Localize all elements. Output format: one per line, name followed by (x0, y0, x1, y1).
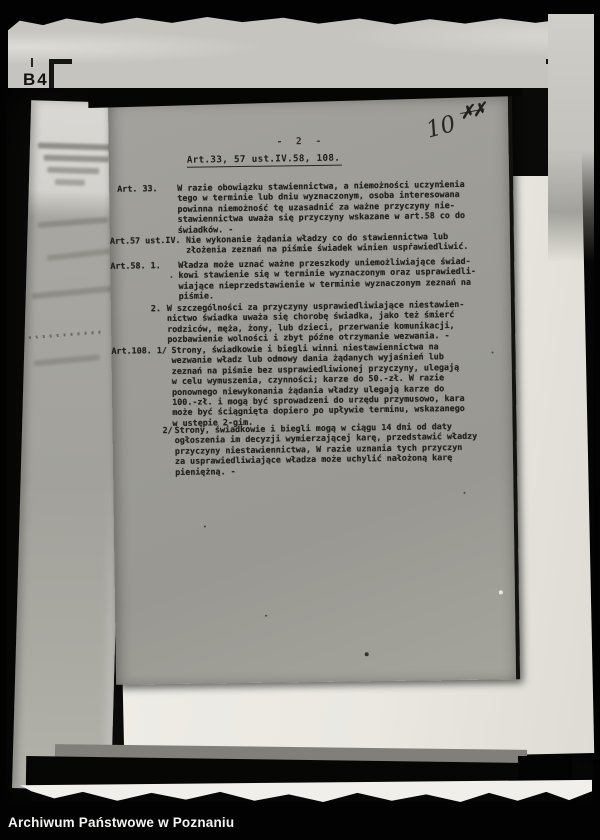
article-label: Art.58. 1. (110, 260, 161, 271)
bleed-through-smudge (47, 167, 99, 174)
article-label: 2/ (163, 425, 173, 436)
film-header-strip: B4 (8, 14, 594, 88)
article-body: Władza może uznać ważne przeszkody uniem… (178, 255, 511, 301)
article-entry: Art. 33. W razie obowiązku stawiennictwa… (109, 178, 510, 236)
article-label: 2. (151, 303, 161, 314)
bleed-through-smudge (38, 217, 108, 228)
registration-mark-left (49, 59, 72, 93)
page-heading: Art.33, 57 ust.IV.58, 108. (187, 153, 342, 168)
bleed-through-dots (29, 330, 103, 339)
bleed-through-smudge (44, 155, 110, 163)
page-edge-shadow (511, 84, 548, 176)
article-body: W szczególności za przyczyny usprawiedli… (167, 298, 512, 344)
article-entry: Art.108. 1/ Strony, świadkowie i biegli … (111, 340, 512, 429)
article-label: Art. 33. (117, 183, 157, 194)
archive-credit-text: Archiwum Państwowe w Poznaniu (8, 815, 234, 830)
bleed-through-smudge (34, 354, 100, 366)
article-body: W razie obowiązku stawiennictwa, a niemo… (177, 178, 510, 235)
bottom-dark-patch (518, 756, 572, 782)
article-body: Strony, świadkowie i biegli mogą w ciągu… (175, 420, 514, 477)
bleed-through-smudge (47, 248, 111, 261)
film-frame-label: B4 (23, 70, 49, 90)
article-body: Nie wykonanie żądania władzy co do stawi… (186, 230, 510, 255)
archival-scan-view: - 2 - 10 ✗✗ Art.33, 57 ust.IV.58, 108. A… (0, 0, 600, 840)
article-body: Strony, świadkowie i biegli winni niesta… (171, 340, 512, 428)
bleed-through-smudge (32, 286, 112, 300)
page-number: - 2 - (276, 136, 325, 148)
handwritten-number: 10 (424, 111, 459, 144)
film-tick-mark (31, 58, 33, 67)
article-entry: 2. W szczególności za przyczyny usprawie… (111, 298, 512, 345)
article-entry: 2/ Strony, świadkowie i biegli mogą w ci… (113, 420, 514, 478)
bleed-through-smudge (55, 179, 85, 186)
article-entry: Art.58. 1. Władza może uznać ważne przes… (110, 255, 511, 302)
handwritten-marks: ✗✗ (459, 100, 487, 124)
typed-document-page: - 2 - 10 ✗✗ Art.33, 57 ust.IV.58, 108. A… (108, 91, 520, 685)
bleed-through-smudge (38, 142, 116, 150)
article-label: Art.57 ust.IV. (110, 235, 181, 246)
article-label: Art.108. 1/ (111, 345, 167, 356)
article-entry: Art.57 ust.IV. Nie wykonanie żądania wła… (110, 230, 510, 256)
film-right-strip (548, 14, 594, 262)
